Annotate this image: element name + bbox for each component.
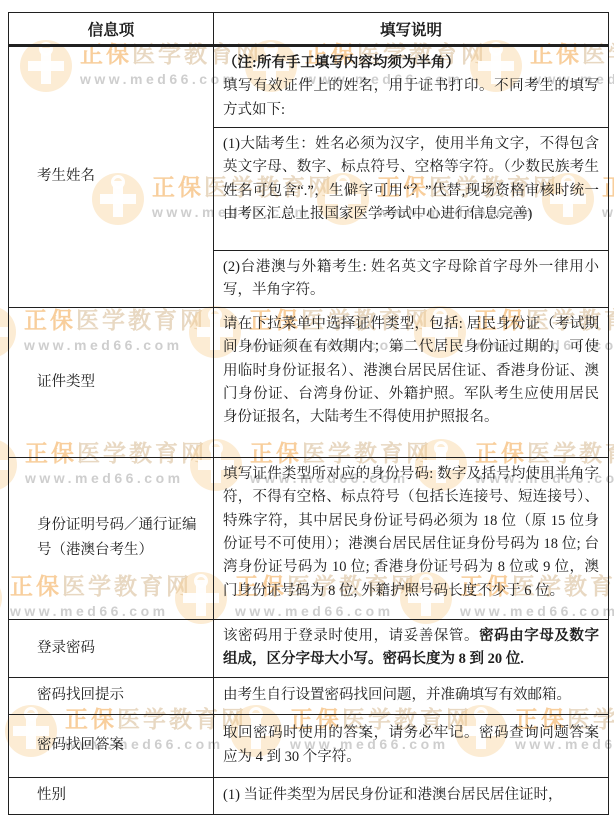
med66-logo-icon	[0, 572, 2, 624]
row-candidate-name-label: 考生姓名	[9, 46, 214, 308]
table-row: 身份证明号码／通行证编号（港澳台考生） 填写证件类型所对应的身份号码: 数字及括…	[9, 457, 609, 619]
row-login-password-label: 登录密码	[9, 619, 214, 677]
candidate-name-intro-text: 填写有效证件上的姓名，用于证书打印。不同考生的填写方式如下:	[223, 75, 599, 122]
fill-instructions-table: 信息项 填写说明 考生姓名 （注:所有手工填写内容均须为半角） 填写有效证件上的…	[8, 12, 609, 815]
table-row: 证件类型 请在下拉菜单中选择证件类型，包括: 居民身份证（考试期间身份证须在有效…	[9, 307, 609, 457]
page: 正保医学教育网 www.med66.com 正保医学教育网 www.med66.…	[0, 0, 614, 817]
row-gender-desc: (1) 当证件类型为居民身份证和港澳台居民居住证时，	[214, 777, 609, 814]
row-password-answer-desc: 取回密码时使用的答案，请务必牢记。密码查询问题答案应为 4 到 30 个字符。	[214, 714, 609, 777]
row-id-number-desc: 填写证件类型所对应的身份号码: 数字及括号均使用半角字符，不得有空格、标点符号（…	[214, 457, 609, 619]
row-candidate-name-mainland: (1)大陆考生：姓名必须为汉字，使用半角文字，不得包含英文字母、数字、标点符号、…	[214, 128, 609, 251]
table-row: 登录密码 该密码用于登录时使用，请妥善保管。密码由字母及数字组成，区分字母大小写…	[9, 619, 609, 677]
row-password-hint-desc: 由考生自行设置密码找回问题，并准确填写有效邮箱。	[214, 677, 609, 714]
header-instructions: 填写说明	[214, 13, 609, 46]
row-id-number-label: 身份证明号码／通行证编号（港澳台考生）	[9, 457, 214, 619]
login-password-desc-normal: 该密码用于登录时使用，请妥善保管。	[223, 628, 479, 644]
row-candidate-name-overseas: (2)台港澳与外籍考生: 姓名英文字母除首字母外一律用小写，半角字符。	[214, 251, 609, 308]
table-row: 性别 (1) 当证件类型为居民身份证和港澳台居民居住证时，	[9, 777, 609, 814]
header-row: 信息项 填写说明	[9, 13, 609, 46]
table-row: 考生姓名 （注:所有手工填写内容均须为半角） 填写有效证件上的姓名，用于证书打印…	[9, 46, 609, 128]
row-gender-label: 性别	[9, 777, 214, 814]
halfwidth-note: （注:所有手工填写内容均须为半角）	[223, 52, 599, 75]
row-password-answer-label: 密码找回答案	[9, 714, 214, 777]
table-row: 密码找回答案 取回密码时使用的答案，请务必牢记。密码查询问题答案应为 4 到 3…	[9, 714, 609, 777]
table-row: 密码找回提示 由考生自行设置密码找回问题，并准确填写有效邮箱。	[9, 677, 609, 714]
row-candidate-name-intro: （注:所有手工填写内容均须为半角） 填写有效证件上的姓名，用于证书打印。不同考生…	[214, 46, 609, 128]
row-password-hint-label: 密码找回提示	[9, 677, 214, 714]
row-login-password-desc: 该密码用于登录时使用，请妥善保管。密码由字母及数字组成，区分字母大小写。密码长度…	[214, 619, 609, 677]
header-item: 信息项	[9, 13, 214, 46]
row-id-type-label: 证件类型	[9, 307, 214, 457]
row-id-type-desc: 请在下拉菜单中选择证件类型，包括: 居民身份证（考试期间身份证须在有效期内；第二…	[214, 307, 609, 457]
